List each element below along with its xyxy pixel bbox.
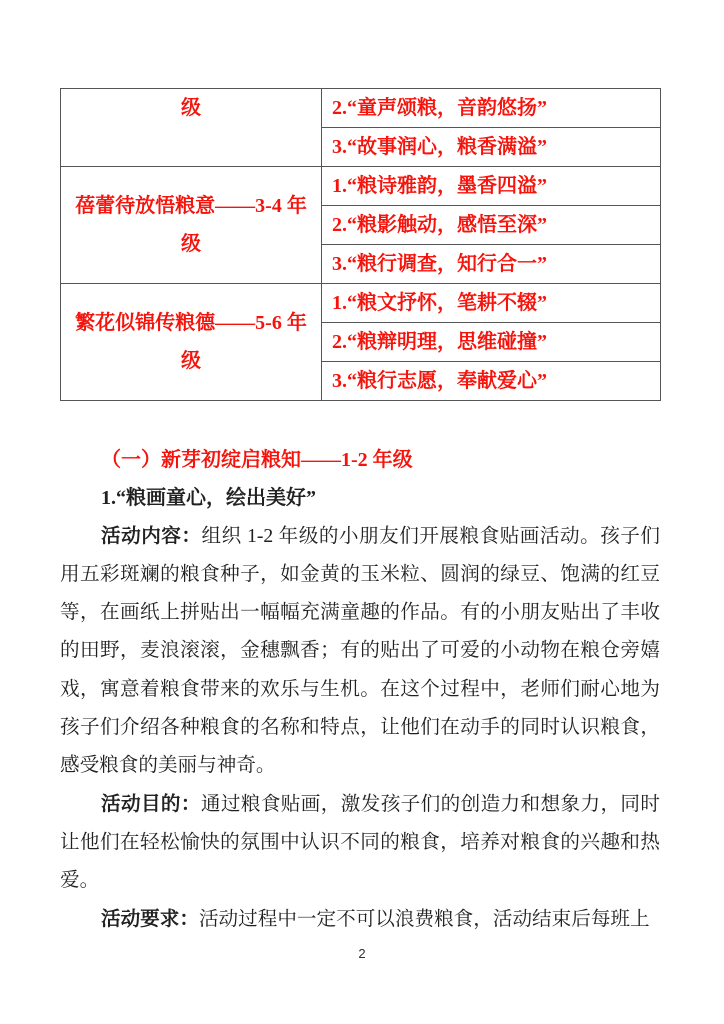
paragraph-text: 组织 1-2 年级的小朋友们开展粮食贴画活动。孩子们用五彩斑斓的粮食种子，如金黄…: [60, 526, 660, 777]
paragraph-label: 活动要求：: [101, 909, 199, 930]
paragraph-activity-content: 活动内容：组织 1-2 年级的小朋友们开展粮食贴画活动。孩子们用五彩斑斓的粮食种…: [60, 518, 660, 786]
page-number: 2: [0, 946, 724, 961]
table-cell-activity: 3.“故事润心，粮香满溢”: [322, 128, 661, 167]
table-cell-activity: 3.“粮行调查，知行合一”: [322, 245, 661, 284]
table-cell-activity: 1.“粮诗雅韵，墨香四溢”: [322, 167, 661, 206]
table-row: 级 2.“童声颂粮，音韵悠扬”: [61, 89, 661, 128]
table-cell-activity: 2.“童声颂粮，音韵悠扬”: [322, 89, 661, 128]
section-heading: （一）新芽初绽启粮知——1-2 年级: [60, 441, 660, 479]
activity-plan-table: 级 2.“童声颂粮，音韵悠扬” 3.“故事润心，粮香满溢” 蓓蕾待放悟粮意——3…: [60, 88, 661, 401]
table-cell-activity: 2.“粮辩明理，思维碰撞”: [322, 323, 661, 362]
table-cell-grade-3-4: 蓓蕾待放悟粮意——3-4 年级: [61, 167, 322, 284]
table-cell-activity: 3.“粮行志愿，奉献爱心”: [322, 362, 661, 401]
table-cell-grade-5-6: 繁花似锦传粮德——5-6 年级: [61, 284, 322, 401]
document-page: 级 2.“童声颂粮，音韵悠扬” 3.“故事润心，粮香满溢” 蓓蕾待放悟粮意——3…: [0, 0, 724, 1024]
table-cell-grade-1-2-continued: 级: [61, 89, 322, 167]
paragraph-label: 活动内容：: [101, 526, 202, 547]
table-cell-activity: 1.“粮文抒怀，笔耕不辍”: [322, 284, 661, 323]
paragraph-label: 活动目的：: [101, 794, 201, 815]
table-cell-activity: 2.“粮影触动，感悟至深”: [322, 206, 661, 245]
page-content: 级 2.“童声颂粮，音韵悠扬” 3.“故事润心，粮香满溢” 蓓蕾待放悟粮意——3…: [60, 88, 660, 939]
table-row: 蓓蕾待放悟粮意——3-4 年级 1.“粮诗雅韵，墨香四溢”: [61, 167, 661, 206]
item-heading: 1.“粮画童心，绘出美好”: [60, 479, 660, 517]
paragraph-activity-requirement: 活动要求：活动过程中一定不可以浪费粮食，活动结束后每班上: [60, 901, 660, 939]
paragraph-text: 活动过程中一定不可以浪费粮食，活动结束后每班上: [199, 909, 650, 930]
paragraph-activity-purpose: 活动目的：通过粮食贴画，激发孩子们的创造力和想象力，同时让他们在轻松愉快的氛围中…: [60, 786, 660, 901]
table-row: 繁花似锦传粮德——5-6 年级 1.“粮文抒怀，笔耕不辍”: [61, 284, 661, 323]
